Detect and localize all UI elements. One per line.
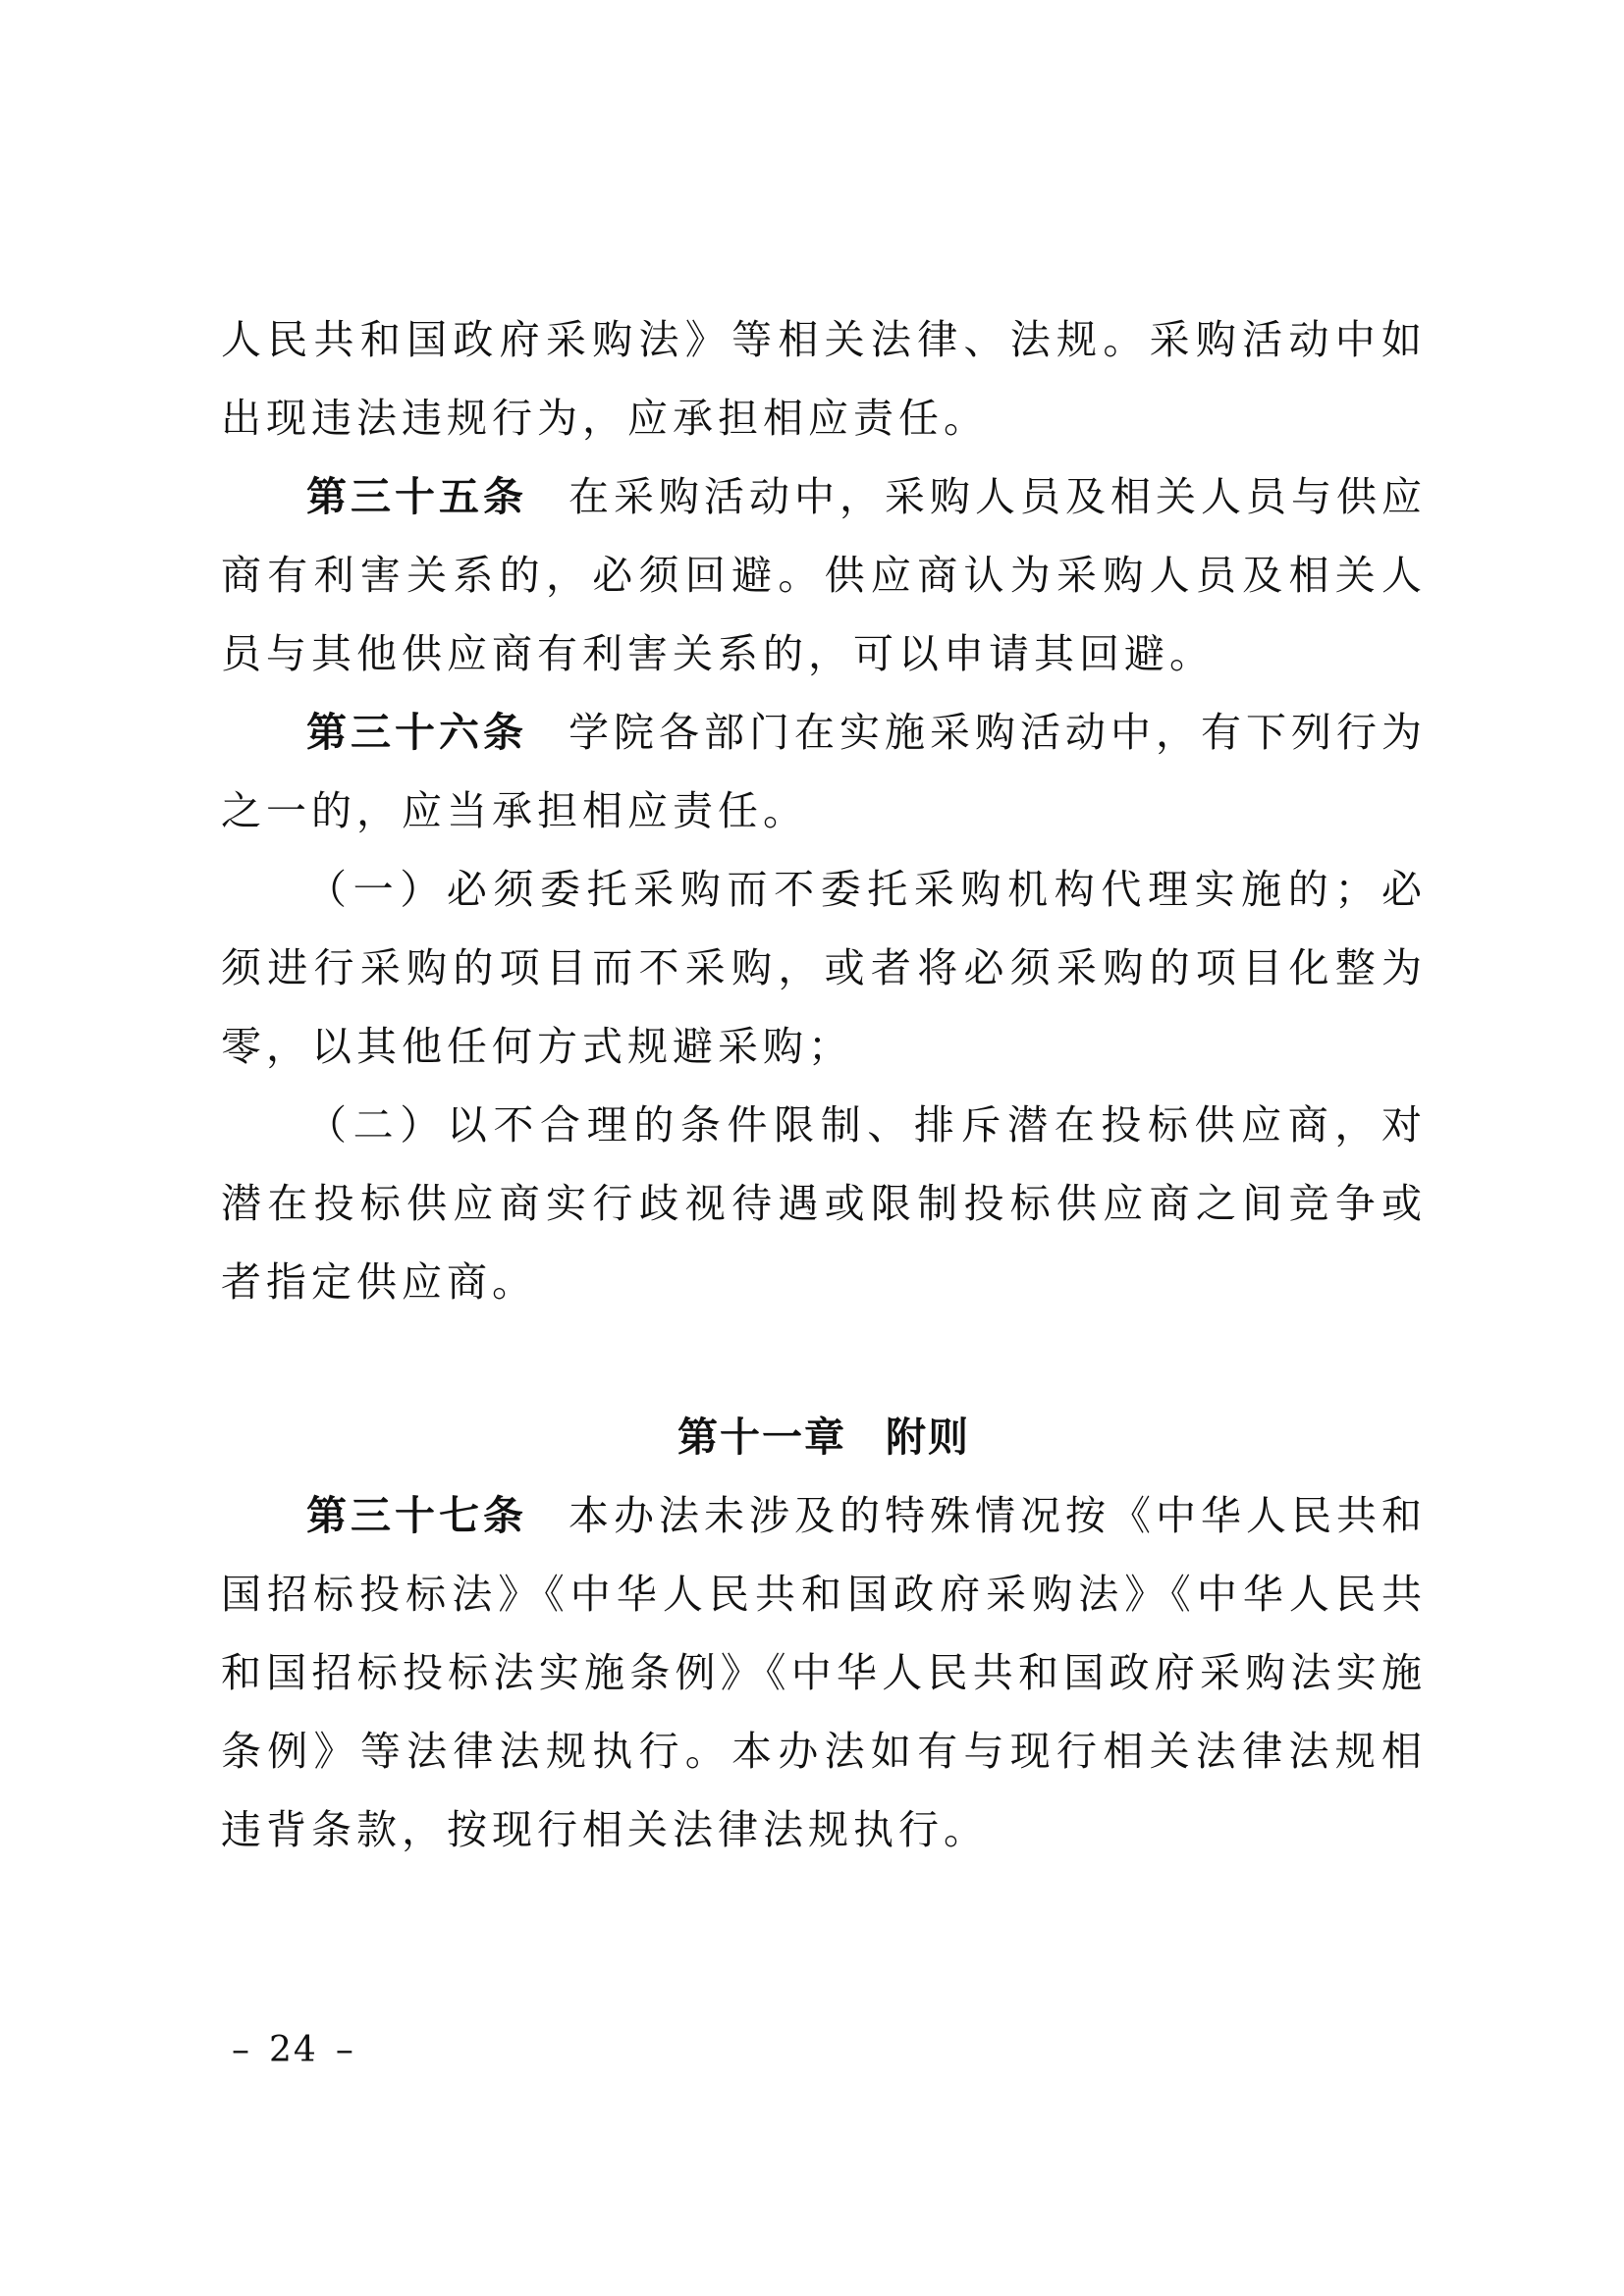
document-page: 人民共和国政府采购法》等相关法律、法规。采购活动中如出现违法违规行为，应承担相应… xyxy=(0,0,1624,2296)
chapter-heading: 第十一章附则 xyxy=(221,1398,1427,1476)
article-number: 第三十五条 xyxy=(306,473,527,520)
article-36: 第三十六条学院各部门在实施采购活动中，有下列行为之一的，应当承担相应责任。 xyxy=(221,693,1427,850)
page-number: 24 xyxy=(269,2030,318,2070)
chapter-title: 附则 xyxy=(886,1414,970,1461)
article-number: 第三十七条 xyxy=(306,1492,527,1539)
continuation-paragraph: 人民共和国政府采购法》等相关法律、法规。采购活动中如出现违法违规行为，应承担相应… xyxy=(221,300,1427,457)
article-37: 第三十七条本办法未涉及的特殊情况按《中华人民共和国招标投标法》《中华人民共和国政… xyxy=(221,1476,1427,1869)
chapter-number: 第十一章 xyxy=(677,1414,846,1461)
article-36-item-1: （一）必须委托采购而不委托采购机构代理实施的；必须进行采购的项目而不采购，或者将… xyxy=(221,850,1427,1086)
article-text: 本办法未涉及的特殊情况按《中华人民共和国招标投标法》《中华人民共和国政府采购法》… xyxy=(221,1492,1427,1853)
article-36-item-2: （二）以不合理的条件限制、排斥潜在投标供应商，对潜在投标供应商实行歧视待遇或限制… xyxy=(221,1086,1427,1321)
document-body: 人民共和国政府采购法》等相关法律、法规。采购活动中如出现违法违规行为，应承担相应… xyxy=(221,300,1427,1869)
page-footer: –24– xyxy=(214,2030,373,2070)
article-number: 第三十六条 xyxy=(306,709,527,756)
article-35: 第三十五条在采购活动中，采购人员及相关人员与供应商有利害关系的，必须回避。供应商… xyxy=(221,457,1427,693)
footer-dash-right: – xyxy=(336,2030,355,2070)
footer-dash-left: – xyxy=(232,2030,251,2070)
